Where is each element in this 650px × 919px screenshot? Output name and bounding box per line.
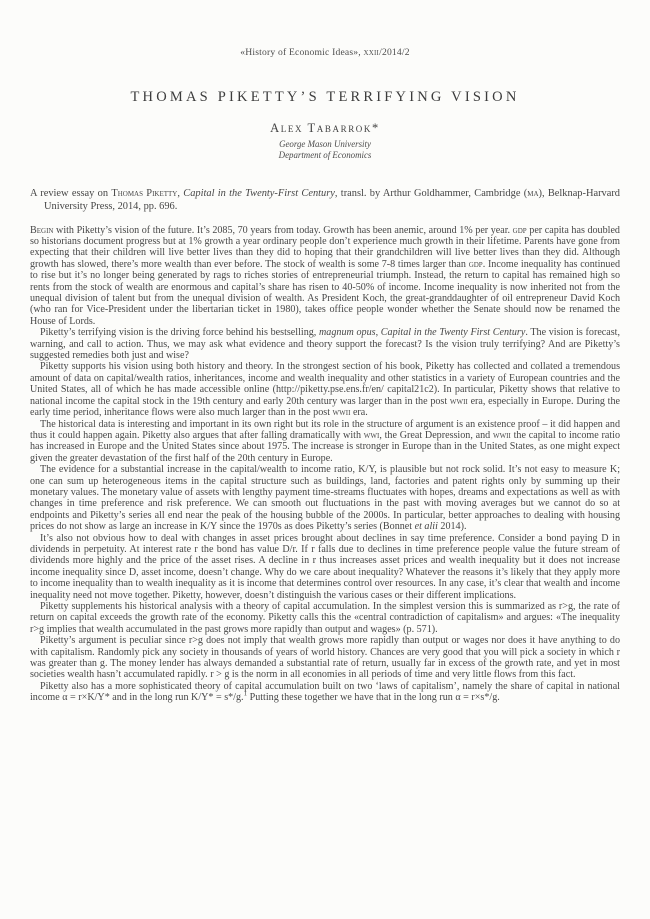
- text-run: wwi: [364, 430, 380, 441]
- document-page: «History of Economic Ideas», xxii/2014/2…: [0, 0, 650, 919]
- text-run: A review essay on: [30, 188, 111, 199]
- page-title: THOMAS PIKETTY’S TERRIFYING VISION: [0, 89, 650, 106]
- text-run: /2014/2: [379, 47, 410, 58]
- review-citation: A review essay on Thomas Piketty, Capita…: [30, 187, 620, 213]
- text-run: with Piketty’s vision of the future. It’…: [53, 225, 512, 236]
- text-run: 2014).: [438, 521, 467, 532]
- text-run: era.: [350, 407, 367, 418]
- paragraph-9: Piketty also has a more sophisticated th…: [30, 681, 620, 704]
- text-run: Piketty’s terrifying vision is the drivi…: [40, 327, 319, 338]
- paragraph-3: Piketty supports his vision using both h…: [30, 361, 620, 418]
- paragraph-1: Begin with Piketty’s vision of the futur…: [30, 225, 620, 328]
- paragraph-2: Piketty’s terrifying vision is the drivi…: [30, 327, 620, 361]
- text-run: wwii: [493, 430, 511, 441]
- author-affiliation-department: Department of Economics: [0, 150, 650, 161]
- article-body: Begin with Piketty’s vision of the futur…: [30, 225, 620, 704]
- author-name: Alex Tabarrok*: [0, 121, 650, 136]
- text-run: , the Great Depression, and: [379, 430, 493, 441]
- text-run: gdp: [513, 225, 527, 236]
- text-run: Thomas Piketty: [111, 188, 177, 199]
- text-run: wwii: [450, 396, 468, 407]
- text-run: et alii: [415, 521, 438, 532]
- text-run: «History of Economic Ideas»,: [240, 47, 363, 58]
- paragraph-6: It’s also not obvious how to deal with c…: [30, 533, 620, 601]
- text-run: ma: [527, 188, 538, 199]
- author-affiliation-university: George Mason University: [0, 139, 650, 150]
- text-run: Piketty’s argument is peculiar since r>g…: [30, 635, 620, 680]
- text-run: gdp: [469, 259, 483, 270]
- text-run: Piketty supplements his historical analy…: [30, 601, 620, 635]
- text-run: Putting these together we have that in t…: [247, 692, 500, 703]
- text-run: Begin: [30, 225, 53, 236]
- text-run: wwii: [333, 407, 351, 418]
- paragraph-7: Piketty supplements his historical analy…: [30, 601, 620, 635]
- paragraph-4: The historical data is interesting and i…: [30, 419, 620, 465]
- text-run: , transl. by Arthur Goldhammer, Cambridg…: [335, 188, 527, 199]
- text-run: The evidence for a substantial increase …: [30, 464, 620, 532]
- text-run: magnum opus: [319, 327, 376, 338]
- paragraph-5: The evidence for a substantial increase …: [30, 464, 620, 532]
- text-run: Capital in the Twenty First Century: [381, 327, 526, 338]
- journal-header: «History of Economic Ideas», xxii/2014/2: [0, 0, 650, 58]
- text-run: It’s also not obvious how to deal with c…: [30, 533, 620, 601]
- paragraph-8: Piketty’s argument is peculiar since r>g…: [30, 635, 620, 681]
- text-run: Capital in the Twenty-First Century: [183, 188, 335, 199]
- text-run: xxii: [364, 47, 380, 58]
